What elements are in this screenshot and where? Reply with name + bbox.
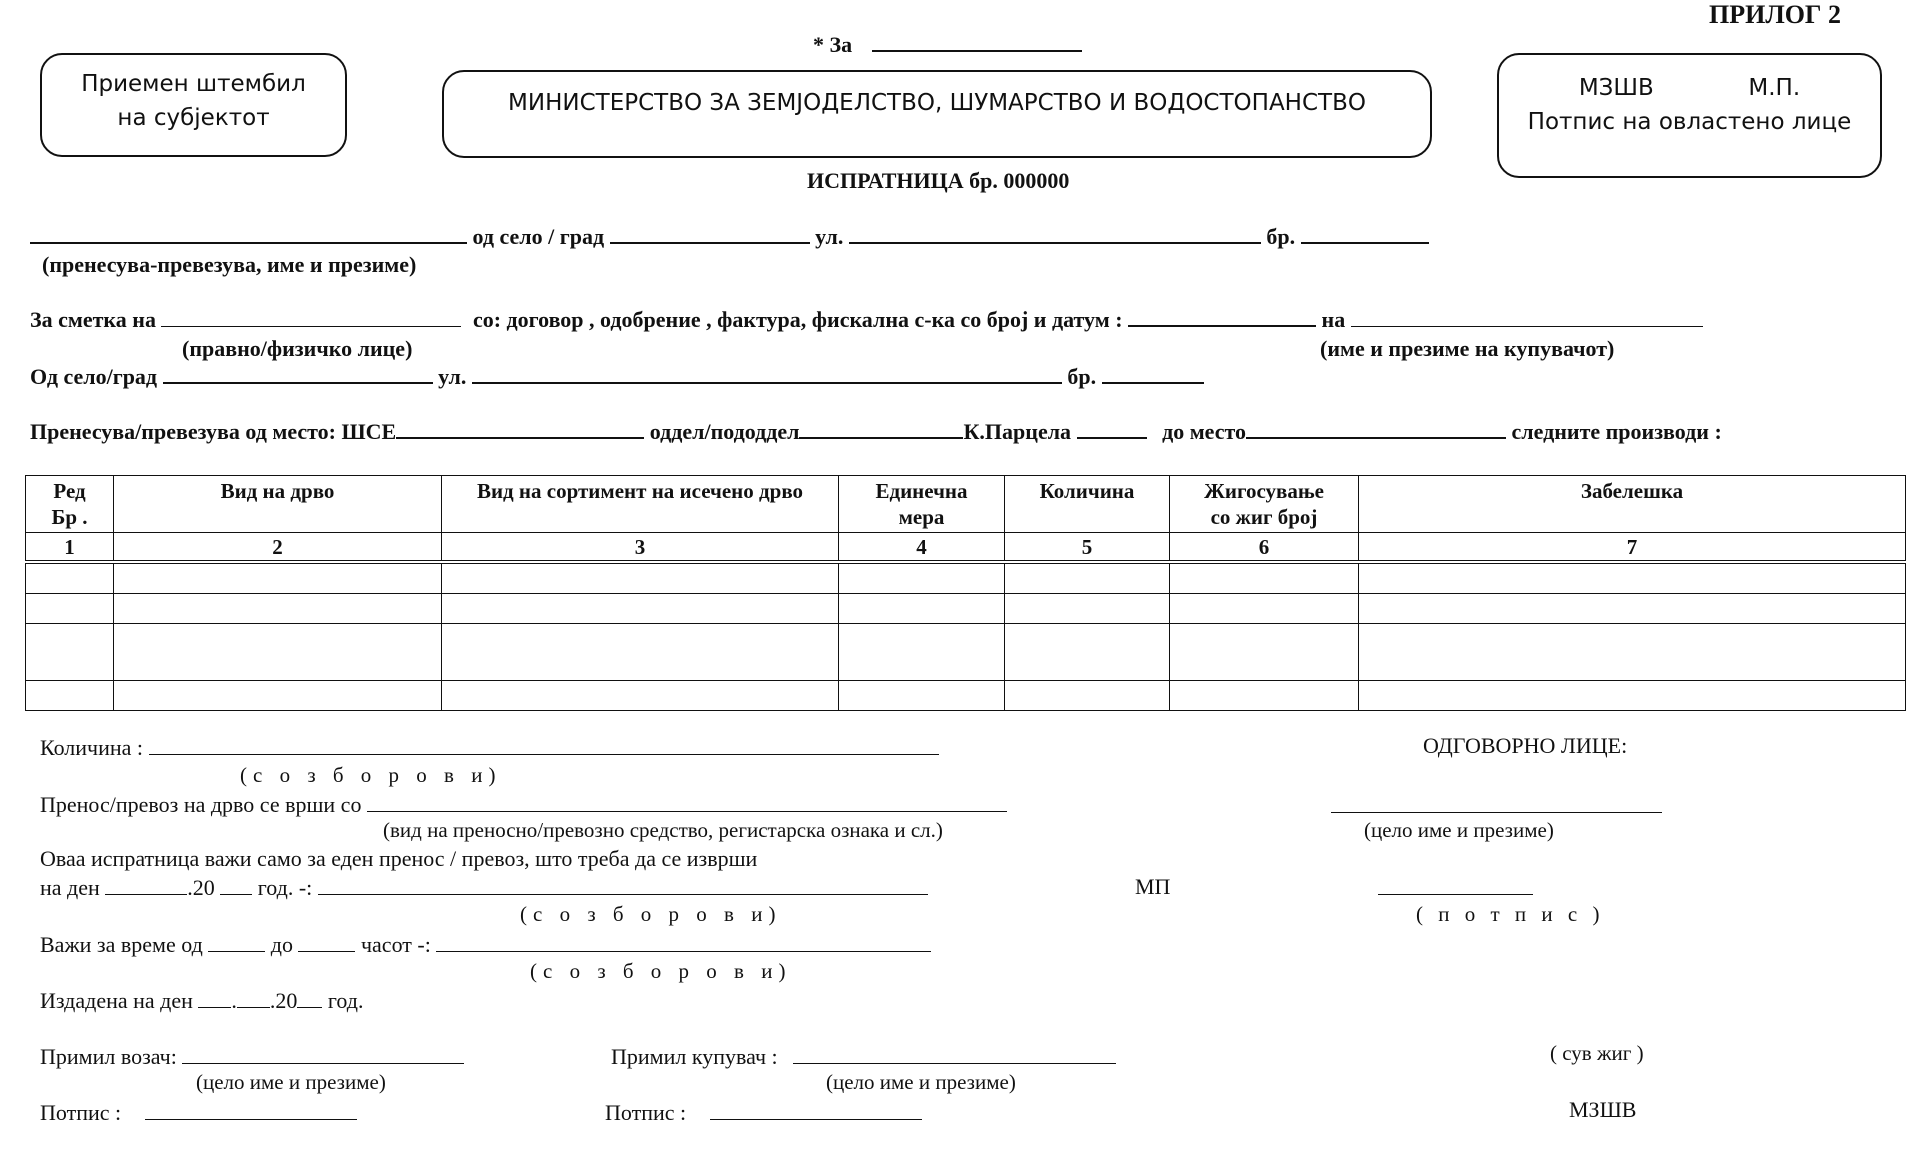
time-from-input[interactable]: [208, 931, 265, 952]
table-row: [26, 624, 1906, 681]
table-row: [26, 681, 1906, 711]
origin-street-label: ул.: [438, 364, 466, 389]
column-number: 7: [1359, 533, 1906, 563]
validity-hint: (с о з б о р о в и): [520, 902, 781, 927]
cell-assortment-type[interactable]: [442, 624, 839, 681]
dry-stamp-label: ( сув жиг ): [1550, 1041, 1644, 1066]
carrier-hint: (пренесува-превезува, име и презиме): [42, 252, 416, 278]
time-to-input[interactable]: [298, 931, 355, 952]
authorized-line2: Потпис на овластено лице: [1499, 109, 1880, 135]
column-number: 5: [1005, 533, 1170, 563]
cell-assortment-type[interactable]: [442, 681, 839, 711]
carrier-street-label: ул.: [815, 224, 843, 249]
buyer-signature-line: Потпис :: [605, 1099, 922, 1126]
responsible-signature-line: [1378, 874, 1533, 900]
quantity-words-input[interactable]: [149, 734, 939, 755]
driver-line: Примил возач:: [40, 1043, 464, 1070]
account-buyer-hint: (име и презиме на купувачот): [1320, 336, 1614, 362]
origin-village-input[interactable]: [163, 362, 433, 384]
ministry-box: МИНИСТЕРСТВО ЗА ЗЕМЈОДЕЛСТВО, ШУМАРСТВО …: [442, 70, 1432, 158]
account-line: За сметка на со: договор , одобрение , ф…: [30, 305, 1703, 333]
route-section-label: оддел/пододдел: [650, 419, 800, 444]
route-parcel-input[interactable]: [1077, 417, 1147, 439]
cell-stamp-number[interactable]: [1170, 681, 1359, 711]
receipt-stamp-line1: Приемен штембил: [42, 71, 345, 97]
responsible-stamp-label: МП: [1135, 874, 1170, 900]
responsible-name-line: [1331, 792, 1662, 818]
document-title: ИСПРАТНИЦА бр. 000000: [807, 168, 1069, 194]
column-number: 6: [1170, 533, 1359, 563]
responsible-signature-hint: ( п о т п и с ): [1416, 902, 1604, 927]
column-number-row: 1234567: [26, 533, 1906, 563]
cell-quantity[interactable]: [1005, 562, 1170, 594]
carrier-line: од село / град ул. бр.: [30, 222, 1429, 250]
column-number: 4: [839, 533, 1005, 563]
account-label: За сметка на: [30, 307, 156, 332]
cell-note[interactable]: [1359, 681, 1906, 711]
buyer-signature-input[interactable]: [710, 1099, 922, 1120]
quantity-hint: (с о з б о р о в и): [240, 763, 501, 788]
buyer-hint: (цело име и презиме): [826, 1070, 1016, 1095]
buyer-label: Примил купувач :: [611, 1044, 778, 1069]
issued-year-label: год.: [328, 988, 364, 1013]
transport-vehicle-input[interactable]: [367, 791, 1007, 812]
cell-wood-type[interactable]: [114, 594, 442, 624]
carrier-village-label: од село / град: [473, 224, 605, 249]
time-from-label: Важи за време од: [40, 932, 203, 957]
buyer-line: Примил купувач :: [611, 1043, 1116, 1070]
column-header-assortment-type: Вид на сортимент на исечено дрво: [442, 476, 839, 533]
time-to-label: до: [271, 932, 293, 957]
cell-unit-measure[interactable]: [839, 681, 1005, 711]
cell-assortment-type[interactable]: [442, 562, 839, 594]
annex-label: ПРИЛОГ 2: [1709, 0, 1841, 30]
driver-signature-input[interactable]: [145, 1099, 357, 1120]
cell-row-number[interactable]: [26, 681, 114, 711]
cell-stamp-number[interactable]: [1170, 594, 1359, 624]
cell-stamp-number[interactable]: [1170, 562, 1359, 594]
route-parcel-label: К.Парцела: [963, 419, 1071, 444]
issued-month-input[interactable]: [237, 987, 270, 1008]
ministry-abbr: МЗШВ: [1579, 75, 1654, 101]
cell-wood-type[interactable]: [114, 562, 442, 594]
time-window-line: Важи за време од до часот -:: [40, 931, 931, 958]
buyer-signature-label: Потпис :: [605, 1100, 686, 1125]
quantity-label: Количина :: [40, 735, 143, 760]
cell-note[interactable]: [1359, 594, 1906, 624]
cell-unit-measure[interactable]: [839, 594, 1005, 624]
column-header-quantity: Количина: [1005, 476, 1170, 533]
driver-signature-line: Потпис :: [40, 1099, 357, 1126]
route-section-input[interactable]: [799, 417, 963, 439]
column-number: 1: [26, 533, 114, 563]
account-buyer-input[interactable]: [1351, 306, 1703, 327]
issued-day-input[interactable]: [198, 987, 231, 1008]
for-field-label: * За: [813, 32, 852, 57]
column-header-wood-type: Вид на дрво: [114, 476, 442, 533]
transport-hint: (вид на преносно/превозно средство, реги…: [383, 818, 943, 843]
driver-name-input[interactable]: [182, 1043, 464, 1064]
authorized-signature-box: МЗШВ М.П. Потпис на овластено лице: [1497, 53, 1882, 178]
origin-street-input[interactable]: [472, 362, 1062, 384]
responsible-title: ОДГОВОРНО ЛИЦЕ:: [1423, 733, 1627, 759]
issued-year-input[interactable]: [297, 987, 322, 1008]
column-header-unit-measure: Единечна мера: [839, 476, 1005, 533]
origin-village-label: Од село/град: [30, 364, 157, 389]
buyer-name-input[interactable]: [793, 1043, 1116, 1064]
account-entity-input[interactable]: [161, 306, 461, 327]
time-hours-label: часот -:: [361, 932, 431, 957]
column-header-note: Забелешка: [1359, 476, 1906, 533]
cell-row-number[interactable]: [26, 594, 114, 624]
account-documents-label: со: договор , одобрение , фактура, фиска…: [473, 307, 1123, 332]
cell-quantity[interactable]: [1005, 624, 1170, 681]
column-number: 3: [442, 533, 839, 563]
column-header-stamp-number: Жигосување со жиг број: [1170, 476, 1359, 533]
carrier-village-input[interactable]: [610, 222, 810, 244]
carrier-street-input[interactable]: [849, 222, 1261, 244]
cell-stamp-number[interactable]: [1170, 624, 1359, 681]
column-header-row-number: Ред Бр .: [26, 476, 114, 533]
cell-quantity[interactable]: [1005, 681, 1170, 711]
cell-assortment-type[interactable]: [442, 594, 839, 624]
time-words-input[interactable]: [436, 931, 931, 952]
cell-row-number[interactable]: [26, 562, 114, 594]
issued-line: Издадена на ден ..20 год.: [40, 987, 363, 1014]
driver-signature-label: Потпис :: [40, 1100, 121, 1125]
cell-unit-measure[interactable]: [839, 624, 1005, 681]
quantity-line: Количина :: [40, 734, 939, 761]
origin-number-label: бр.: [1067, 364, 1096, 389]
responsible-signature-input[interactable]: [1378, 874, 1533, 895]
driver-hint: (цело име и презиме): [196, 1070, 386, 1095]
route-suffix: следните производи :: [1512, 419, 1722, 444]
receipt-stamp-box: Приемен штембил на субјектот: [40, 53, 347, 157]
route-to-label: до место: [1162, 419, 1246, 444]
route-from-input[interactable]: [396, 417, 644, 439]
route-to-input[interactable]: [1246, 417, 1506, 439]
route-line: Пренесува/превезува од место: ШСЕ оддел/…: [30, 417, 1722, 445]
validity-line1: Оваа испратница важи само за еден пренос…: [40, 846, 757, 872]
account-document-number-input[interactable]: [1128, 305, 1316, 327]
cell-wood-type[interactable]: [114, 681, 442, 711]
validity-day-label: на ден: [40, 875, 100, 900]
validity-date-line: на ден .20 год. -:: [40, 874, 928, 901]
products-table: Ред Бр .Вид на дрвоВид на сортимент на и…: [25, 475, 1906, 711]
table-row: [26, 562, 1906, 594]
route-from-label: Пренесува/превезува од место: ШСЕ: [30, 419, 396, 444]
responsible-name-hint: (цело име и презиме): [1364, 818, 1554, 843]
issued-year-mid: .20: [270, 988, 298, 1013]
validity-year-input[interactable]: [220, 874, 252, 895]
receipt-stamp-line2: на субјектот: [42, 105, 345, 131]
validity-year-label: год. -:: [258, 875, 312, 900]
validity-year-mid: .20: [187, 875, 215, 900]
column-number: 2: [114, 533, 442, 563]
carrier-number-input[interactable]: [1301, 222, 1429, 244]
validity-words-input[interactable]: [318, 874, 928, 895]
validity-day-input[interactable]: [105, 874, 187, 895]
cell-unit-measure[interactable]: [839, 562, 1005, 594]
issued-label: Издадена на ден: [40, 988, 193, 1013]
ministry-title: МИНИСТЕРСТВО ЗА ЗЕМЈОДЕЛСТВО, ШУМАРСТВО …: [444, 90, 1430, 116]
cell-wood-type[interactable]: [114, 624, 442, 681]
cell-note[interactable]: [1359, 624, 1906, 681]
seal-abbr: М.П.: [1748, 75, 1800, 101]
dry-stamp-org: МЗШВ: [1569, 1097, 1636, 1123]
authorized-line1: МЗШВ М.П.: [1499, 75, 1880, 101]
table-row: [26, 594, 1906, 624]
for-field-input[interactable]: [872, 30, 1082, 52]
transport-line: Пренос/превоз на дрво се врши со: [40, 791, 1007, 818]
carrier-name-input[interactable]: [30, 222, 467, 244]
cell-row-number[interactable]: [26, 624, 114, 681]
cell-quantity[interactable]: [1005, 594, 1170, 624]
carrier-number-label: бр.: [1266, 224, 1295, 249]
account-entity-hint: (правно/физичко лице): [182, 336, 412, 362]
transport-label: Пренос/превоз на дрво се врши со: [40, 792, 361, 817]
account-on-label: на: [1322, 307, 1346, 332]
table-header-row: Ред Бр .Вид на дрвоВид на сортимент на и…: [26, 476, 1906, 533]
for-field: * За: [813, 30, 1082, 58]
origin-line: Од село/град ул. бр.: [30, 362, 1204, 390]
time-hint: (с о з б о р о в и): [530, 959, 791, 984]
responsible-name-input[interactable]: [1331, 792, 1662, 813]
driver-label: Примил возач:: [40, 1044, 177, 1069]
origin-number-input[interactable]: [1102, 362, 1204, 384]
cell-note[interactable]: [1359, 562, 1906, 594]
